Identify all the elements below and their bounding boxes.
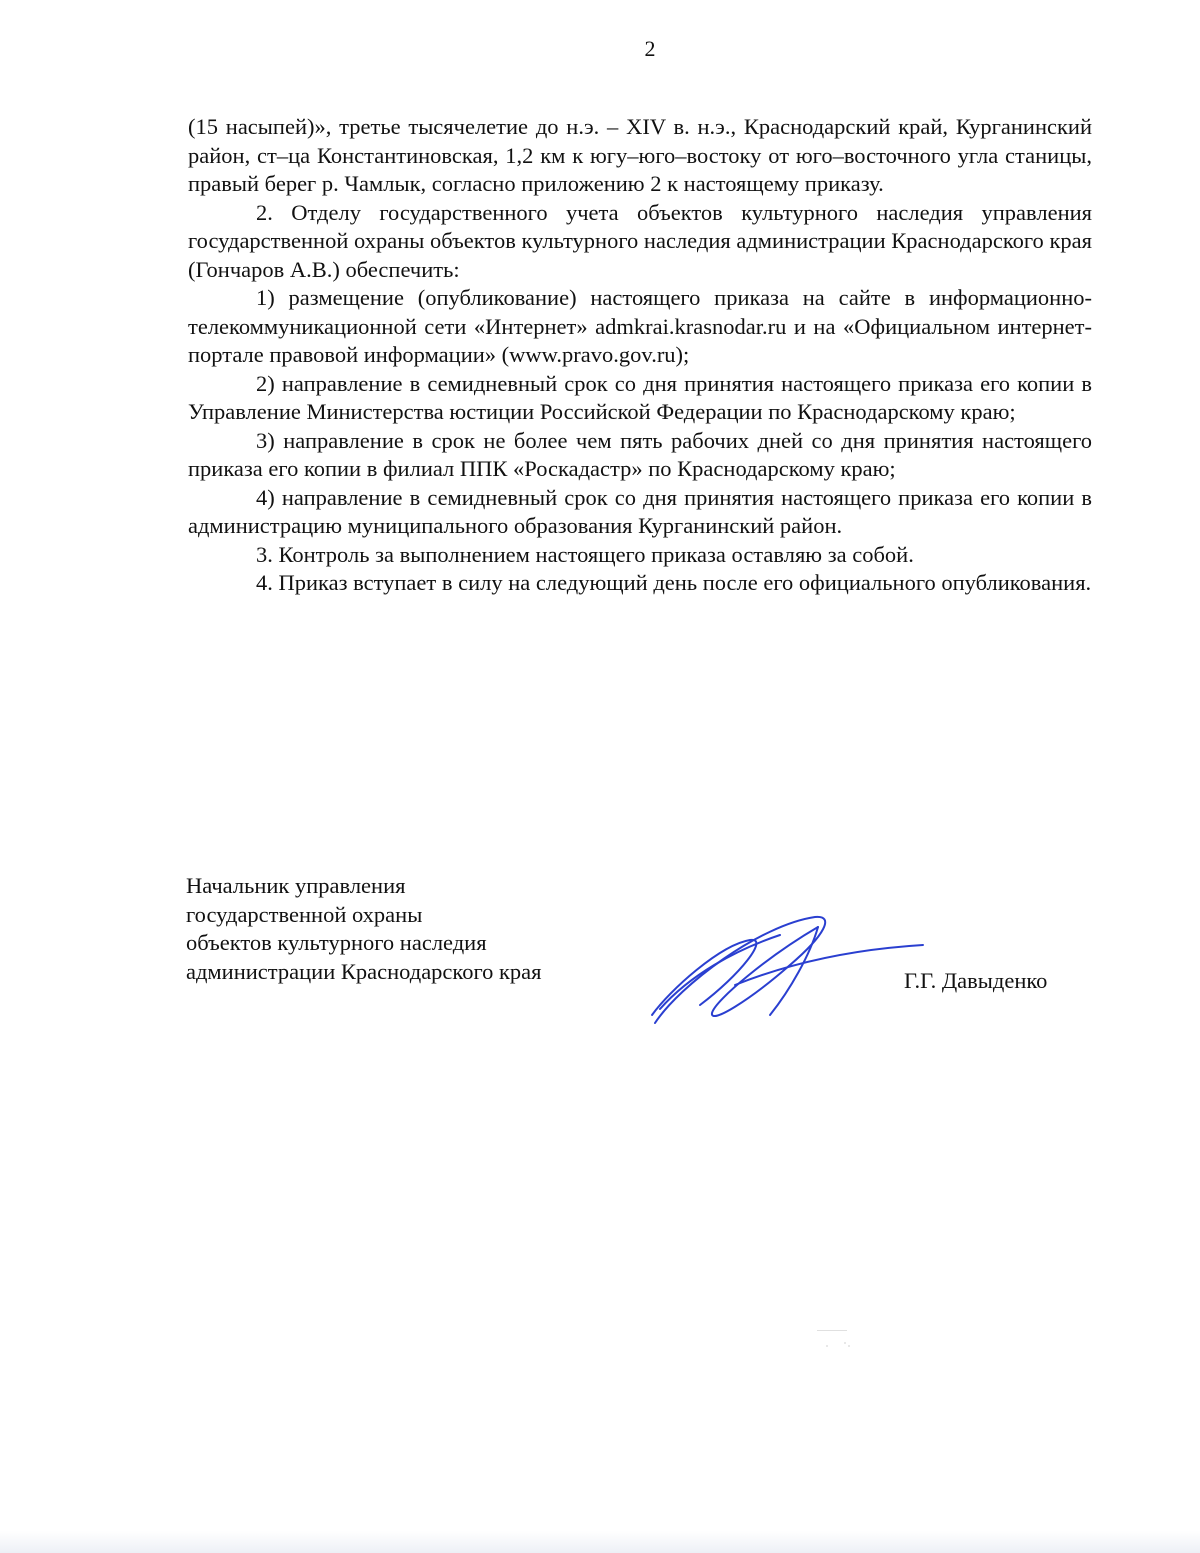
paragraph-subitem-4: 4) направление в семидневный срок со дня… xyxy=(188,484,1092,541)
signer-name: Г.Г. Давыденко xyxy=(904,968,1047,994)
document-body: (15 насыпей)», третье тысячелетие до н.э… xyxy=(188,113,1092,598)
page-number: 2 xyxy=(0,36,1200,62)
paragraph-subitem-3: 3) направление в срок не более чем пять … xyxy=(188,427,1092,484)
signer-title-line: администрации Краснодарского края xyxy=(186,958,542,987)
signer-title-line: объектов культурного наследия xyxy=(186,929,542,958)
paragraph-object-description: (15 насыпей)», третье тысячелетие до н.э… xyxy=(188,113,1092,199)
scan-artifact xyxy=(815,1328,865,1358)
handwritten-signature-icon xyxy=(640,905,930,1035)
paragraph-item-4: 4. Приказ вступает в силу на следующий д… xyxy=(188,569,1092,598)
signer-title-block: Начальник управления государственной охр… xyxy=(186,872,542,986)
signer-title-line: Начальник управления xyxy=(186,872,542,901)
paragraph-item-2: 2. Отделу государственного учета объекто… xyxy=(188,199,1092,285)
scan-edge xyxy=(0,1531,1200,1553)
paragraph-subitem-2: 2) направление в семидневный срок со дня… xyxy=(188,370,1092,427)
paragraph-item-3: 3. Контроль за выполнением настоящего пр… xyxy=(188,541,1092,570)
paragraph-subitem-1: 1) размещение (опубликование) настоящего… xyxy=(188,284,1092,370)
signer-title-line: государственной охраны xyxy=(186,901,542,930)
